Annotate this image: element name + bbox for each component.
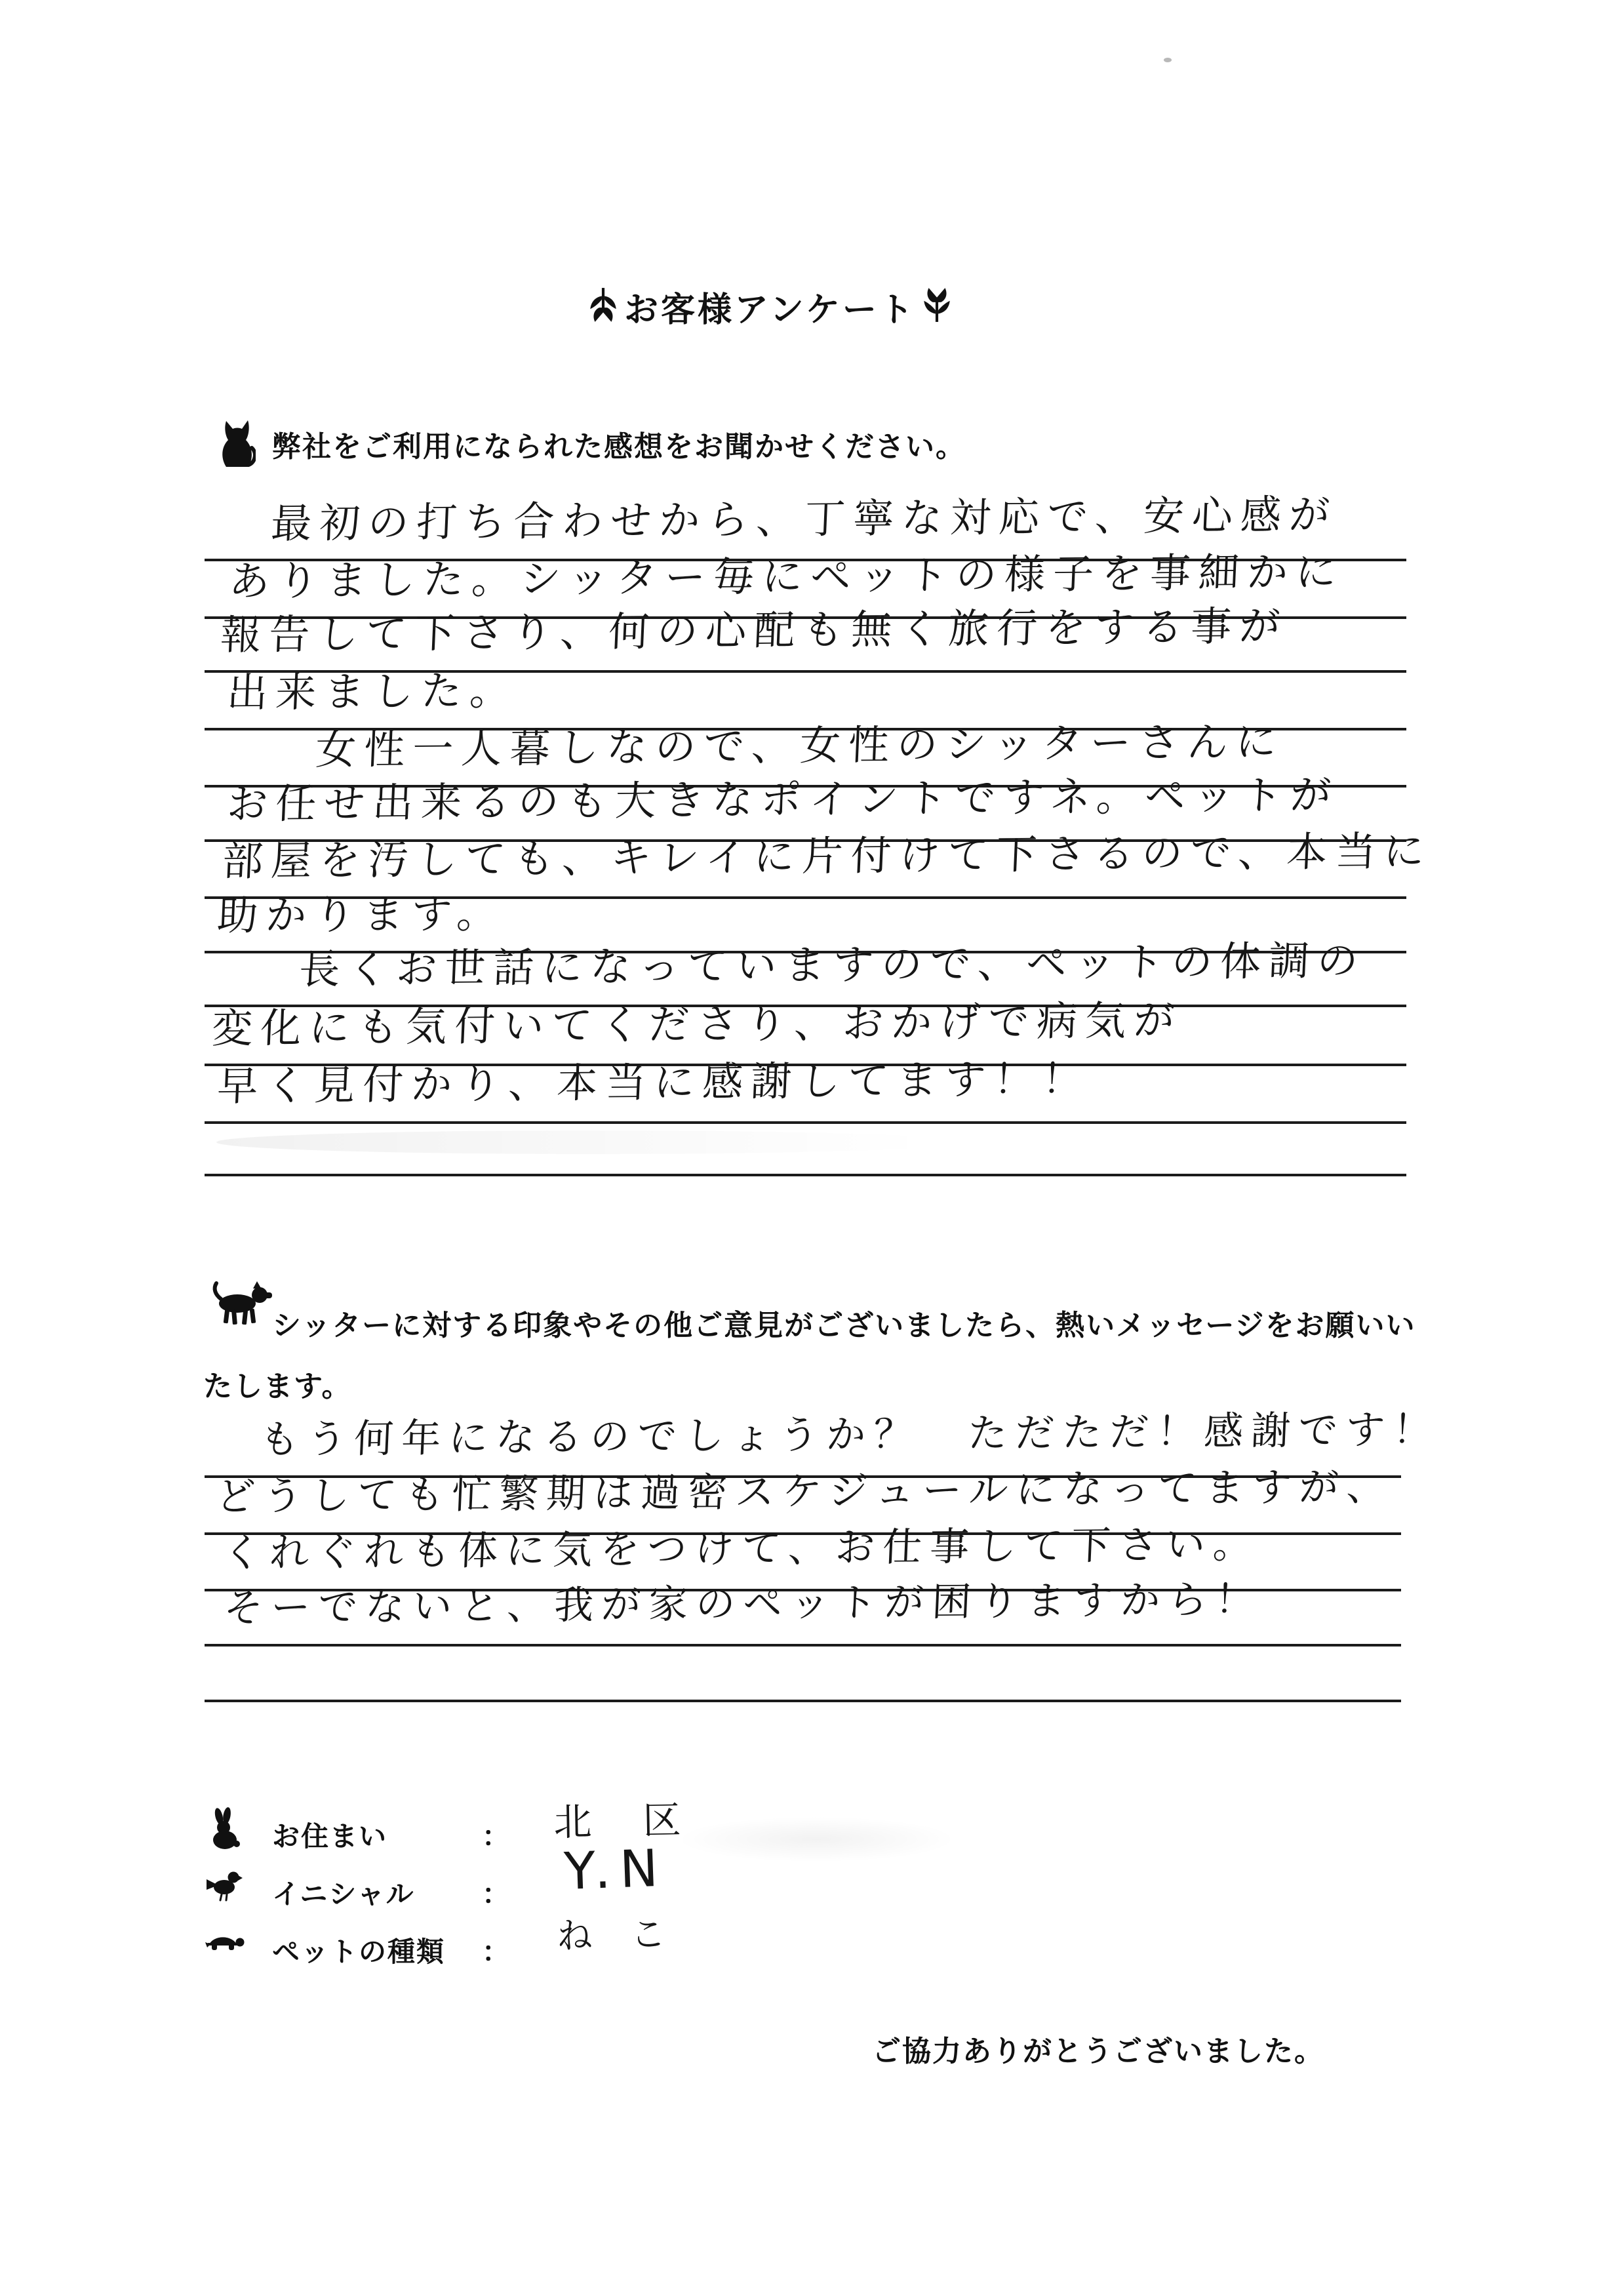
dog-icon	[205, 1280, 273, 1326]
scan-speck	[1164, 58, 1172, 62]
handwritten-line: 報告して下さり、何の心配も無く旅行をする事が	[220, 606, 1289, 656]
residence-colon: ：	[482, 1815, 509, 1854]
handwritten-line: お任せ出来るのも大きなポイントですネ。ペットが	[226, 774, 1339, 825]
initial-value: Y.N	[563, 1843, 668, 1898]
cat-icon	[218, 417, 256, 468]
residence-value: 北 区	[553, 1801, 688, 1841]
handwritten-line: 早く見付かり、本当に感謝してます！！	[216, 1058, 1092, 1107]
tulip-icon	[922, 287, 951, 327]
question2-text-line1: シッターに対する印象やその他ご意見がございましたら、熱いメッセージをお願いい	[272, 1302, 1416, 1344]
scan-smudge	[216, 1130, 970, 1154]
handwritten-line: 変化にも気付いてくださり、おかげで病気が	[211, 1000, 1183, 1049]
questionnaire-page: お客様アンケート 弊社をご利用になられた感想をお聞かせください。 最初の打ち合わ…	[0, 0, 1624, 2295]
pet-type-label: ペットの種類	[272, 1930, 445, 1970]
page-title-text: お客様アンケート	[624, 282, 916, 331]
handwritten-line: 長くお世話になっていますので、ペットの体調の	[298, 940, 1366, 990]
answer-rule-line	[205, 1700, 1401, 1702]
handwritten-line: くれぐれも体に気をつけて、お仕事して下さい。	[222, 1525, 1261, 1573]
handwritten-line: もう何年になるのでしょうか？ ただただ！感謝です！	[259, 1410, 1441, 1460]
handwritten-line: 女性一人暮しなので、女性のシッターさんに	[315, 721, 1285, 770]
bird-icon	[205, 1866, 243, 1904]
thanks-message: ご協力ありがとうございました。	[872, 2027, 1324, 2069]
handwritten-line: ありました。シッター毎にペットの様子を事細かに	[228, 551, 1345, 602]
residence-label: お住まい	[272, 1815, 387, 1854]
question1-text: 弊社をご利用になられた感想をお聞かせください。	[272, 423, 966, 465]
initial-colon: ：	[482, 1873, 509, 1912]
answer-rule-line	[205, 1121, 1406, 1124]
handwritten-line: 出来ました。	[226, 670, 519, 713]
handwritten-line: 部屋を汚しても、キレイに片付けて下さるので、本当に	[222, 831, 1433, 882]
rabbit-icon	[207, 1807, 243, 1850]
handwritten-line: そーでないと、我が家のペットが困りますから！	[223, 1580, 1263, 1628]
pet-type-colon: ：	[482, 1930, 509, 1970]
handwritten-line: 最初の打ち合わせから、丁寧な対応で、安心感が	[270, 494, 1338, 544]
handwritten-line: どうしても忙繁期は過密スケジュールになってますが、	[215, 1467, 1395, 1517]
handwritten-line: 助かります。	[216, 893, 506, 936]
turtle-icon	[203, 1925, 245, 1954]
page-title: お客様アンケート	[589, 282, 951, 331]
pet-type-value: ねこ	[557, 1916, 704, 1954]
initial-label: イニシャル	[272, 1873, 414, 1912]
question2-text-line2: たします。	[203, 1363, 351, 1405]
answer-rule-line	[205, 1644, 1401, 1646]
tulip-icon	[589, 287, 618, 327]
answer-rule-line	[205, 1174, 1406, 1176]
scan-smudge	[675, 1816, 957, 1862]
